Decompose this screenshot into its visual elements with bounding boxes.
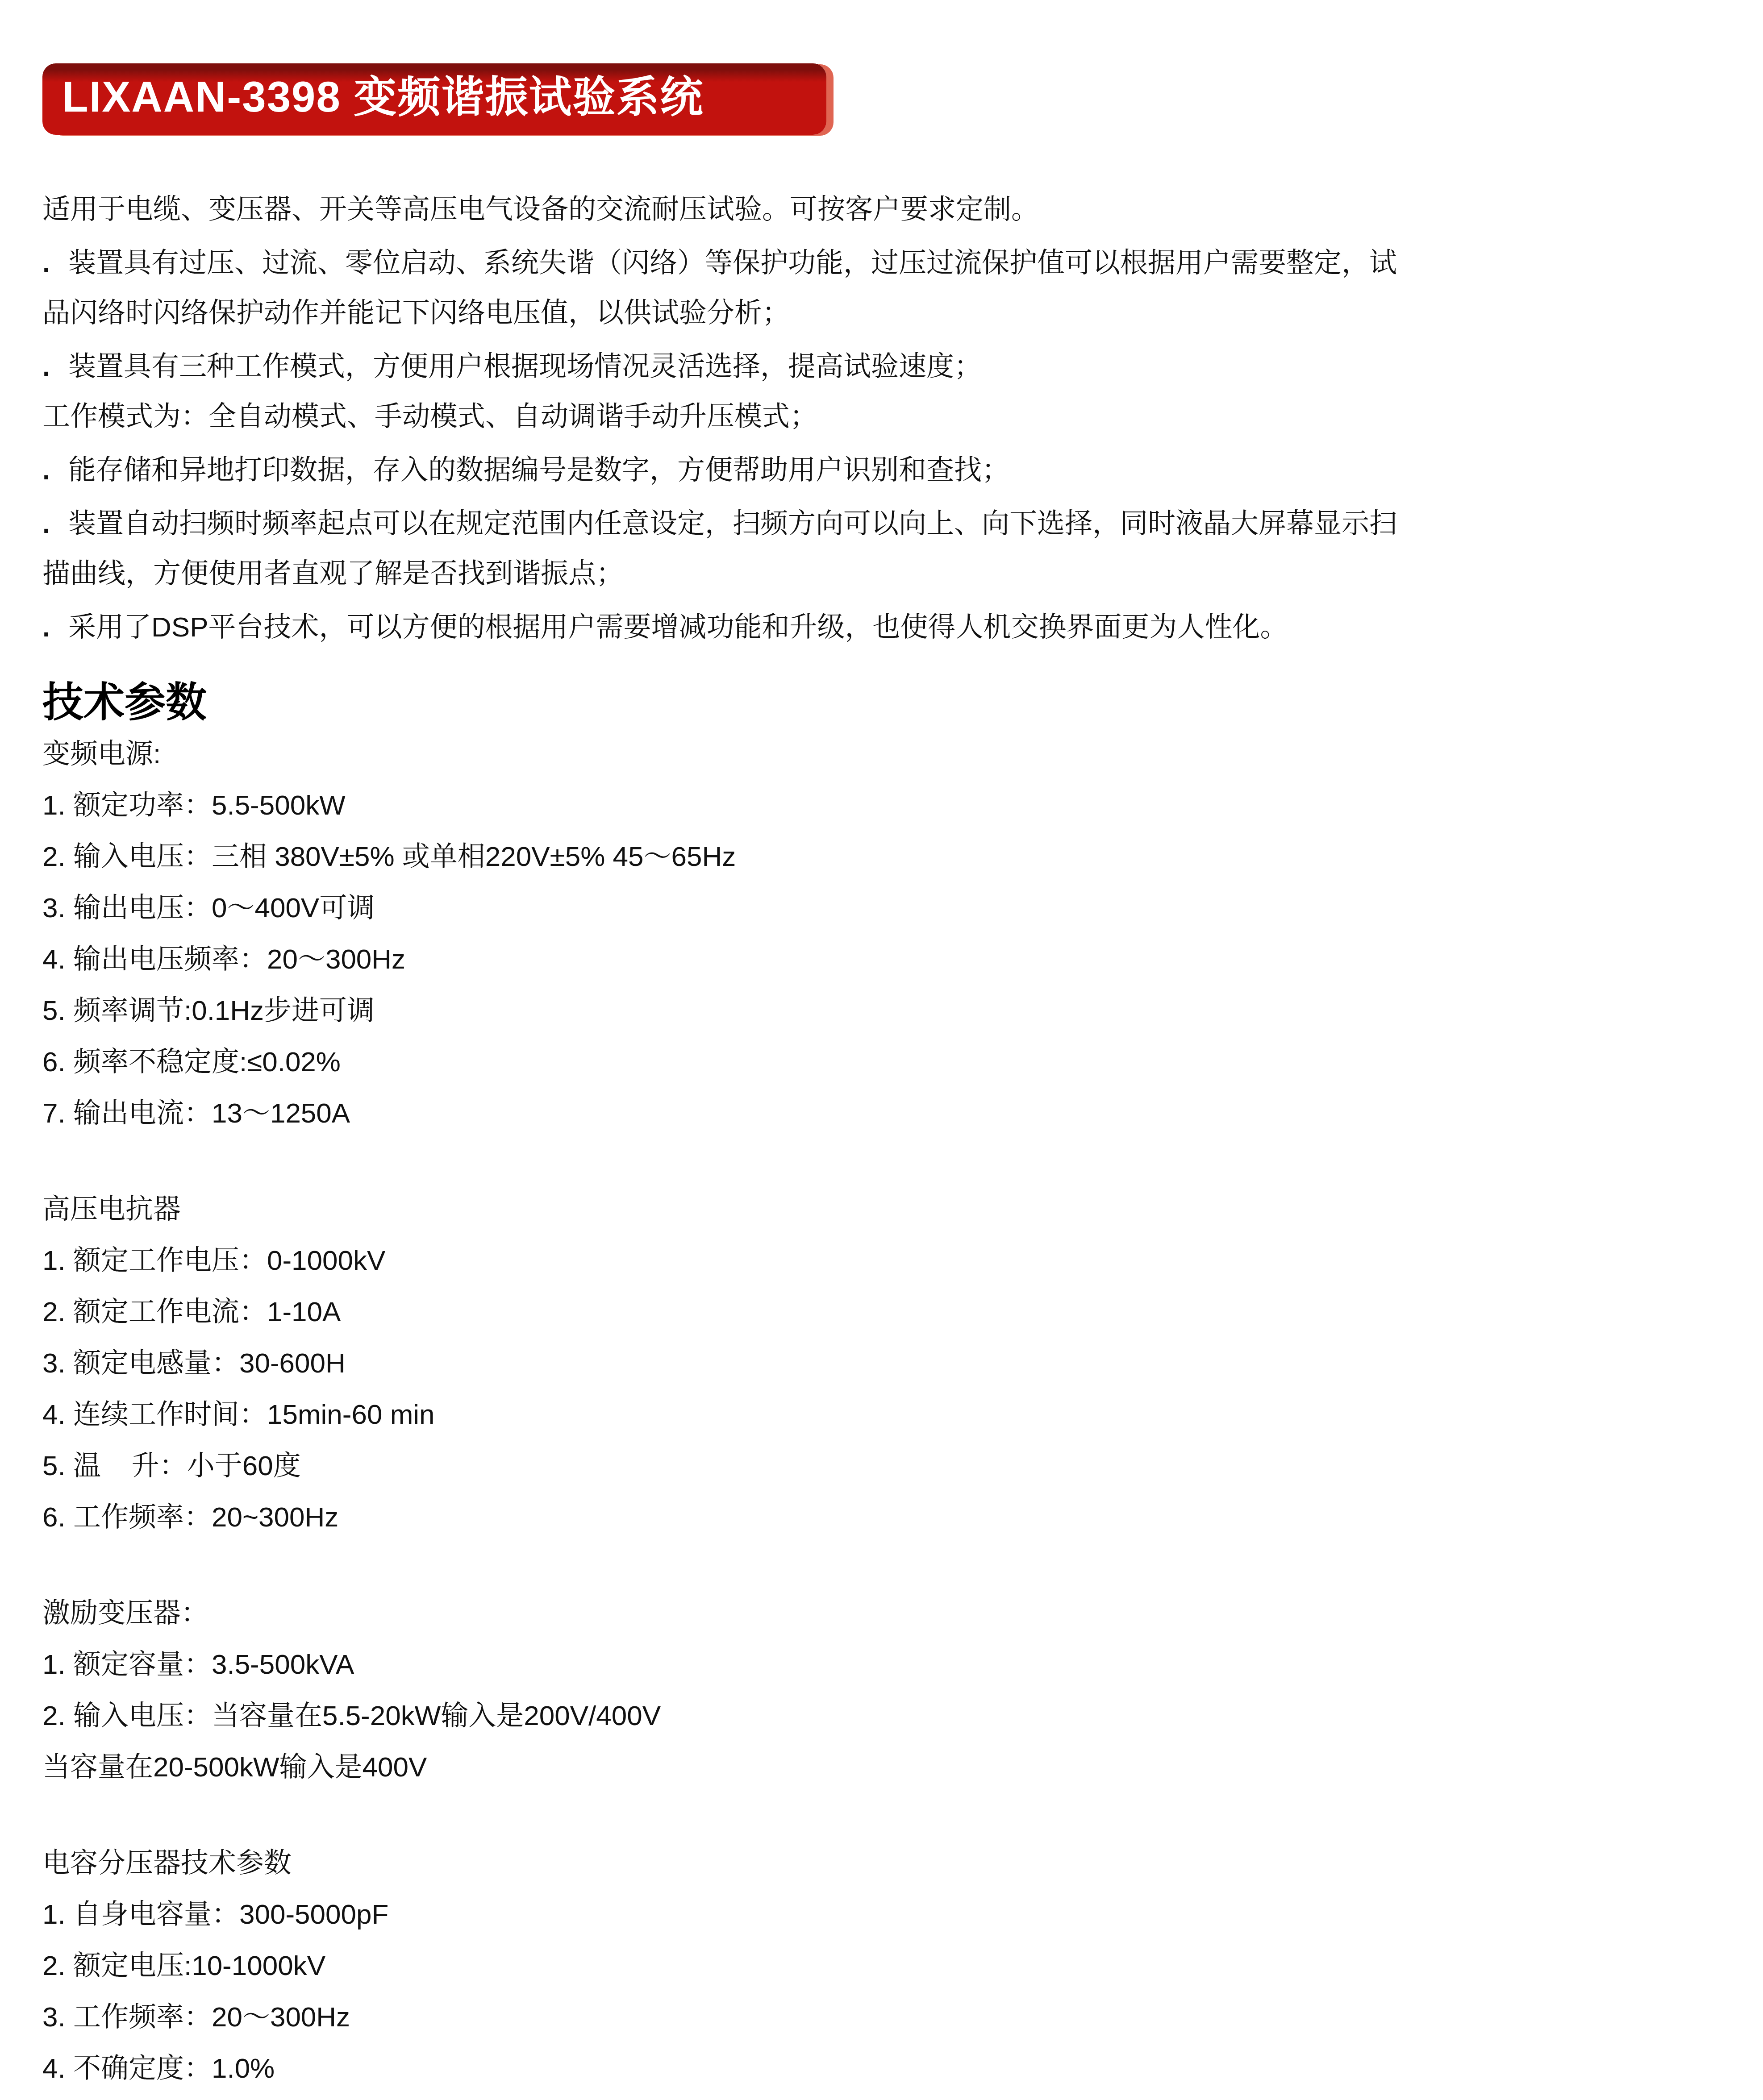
spec-item: 3. 额定电感量：30-600H <box>42 1338 1721 1389</box>
bullet-marker: . <box>42 603 68 653</box>
bullet-marker: . <box>42 238 68 288</box>
spec-item: 2. 额定工作电流：1-10A <box>42 1286 1721 1338</box>
spec-item: 4. 不确定度：1.0% <box>42 2043 1721 2094</box>
spec-item: 2. 输入电压：当容量在5.5-20kW输入是200V/400V <box>42 1690 1721 1742</box>
spec-section-title: 变频电源: <box>42 728 1721 780</box>
spec-item: 3. 工作频率：20～300Hz <box>42 1992 1721 2043</box>
feature-item: .采用了DSP平台技术，可以方便的根据用户需要增减功能和升级，也使得人机交换界面… <box>42 603 1721 653</box>
spec-item: 2. 输入电压：三相 380V±5% 或单相220V±5% 45～65Hz <box>42 831 1721 882</box>
intro-paragraph: 适用于电缆、变压器、开关等高压电气设备的交流耐压试验。可按客户要求定制。 <box>42 185 1721 235</box>
spec-section: 变频电源:1. 额定功率：5.5-500kW2. 输入电压：三相 380V±5%… <box>42 728 1721 1139</box>
product-title: LIXAAN-3398 变频谐振试验系统 <box>62 73 704 121</box>
spec-item: 1. 额定工作电压：0-1000kV <box>42 1235 1721 1286</box>
spec-item: 1. 额定功率：5.5-500kW <box>42 780 1721 831</box>
spec-sections: 变频电源:1. 额定功率：5.5-500kW2. 输入电压：三相 380V±5%… <box>42 728 1721 2094</box>
spec-item: 1. 额定容量：3.5-500kVA <box>42 1639 1721 1690</box>
feature-item: .装置具有过压、过流、零位启动、系统失谐（闪络）等保护功能，过压过流保护值可以根… <box>42 238 1721 338</box>
spec-section: 激励变压器：1. 额定容量：3.5-500kVA2. 输入电压：当容量在5.5-… <box>42 1588 1721 1793</box>
feature-item: .装置自动扫频时频率起点可以在规定范围内任意设定，扫频方向可以向上、向下选择，同… <box>42 499 1721 599</box>
feature-item: .能存储和异地打印数据，存入的数据编号是数字，方便帮助用户识别和查找； <box>42 445 1721 495</box>
spec-item: 4. 连续工作时间：15min-60 min <box>42 1389 1721 1440</box>
spec-section-title: 高压电抗器 <box>42 1184 1721 1235</box>
spec-item: 3. 输出电压：0～400V可调 <box>42 882 1721 934</box>
specs-heading: 技术参数 <box>42 677 1721 728</box>
document-content: LIXAAN-3398 变频谐振试验系统 适用于电缆、变压器、开关等高压电气设备… <box>0 0 1763 2094</box>
spec-item: 当容量在20-500kW输入是400V <box>42 1742 1721 1793</box>
spec-item: 7. 输出电流：13～1250A <box>42 1088 1721 1139</box>
spec-item: 5. 频率调节:0.1Hz步进可调 <box>42 985 1721 1036</box>
spec-item: 6. 频率不稳定度:≤0.02% <box>42 1036 1721 1088</box>
document-page: LIXAAN-3398 变频谐振试验系统 适用于电缆、变压器、开关等高压电气设备… <box>0 0 1763 2100</box>
feature-list: .装置具有过压、过流、零位启动、系统失谐（闪络）等保护功能，过压过流保护值可以根… <box>42 238 1721 653</box>
feature-text: 装置具有三种工作模式，方便用户根据现场情况灵活选择，提高试验速度； 工作模式为：… <box>42 351 982 432</box>
spec-section: 高压电抗器1. 额定工作电压：0-1000kV2. 额定工作电流：1-10A3.… <box>42 1184 1721 1543</box>
product-banner: LIXAAN-3398 变频谐振试验系统 <box>42 63 826 135</box>
feature-item: .装置具有三种工作模式，方便用户根据现场情况灵活选择，提高试验速度； 工作模式为… <box>42 342 1721 442</box>
feature-text: 能存储和异地打印数据，存入的数据编号是数字，方便帮助用户识别和查找； <box>68 455 1009 486</box>
feature-text: 装置自动扫频时频率起点可以在规定范围内任意设定，扫频方向可以向上、向下选择，同时… <box>42 508 1397 589</box>
spec-item: 6. 工作频率：20~300Hz <box>42 1492 1721 1543</box>
feature-text: 采用了DSP平台技术，可以方便的根据用户需要增减功能和升级，也使得人机交换界面更… <box>68 612 1288 643</box>
spec-item: 4. 输出电压频率：20～300Hz <box>42 934 1721 985</box>
spec-section: 电容分压器技术参数1. 自身电容量：300-5000pF2. 额定电压:10-1… <box>42 1838 1721 2094</box>
bullet-marker: . <box>42 445 68 495</box>
spec-item: 2. 额定电压:10-1000kV <box>42 1940 1721 1992</box>
spec-item: 1. 自身电容量：300-5000pF <box>42 1889 1721 1940</box>
bullet-marker: . <box>42 342 68 392</box>
spec-section-title: 电容分压器技术参数 <box>42 1838 1721 1889</box>
feature-text: 装置具有过压、过流、零位启动、系统失谐（闪络）等保护功能，过压过流保护值可以根据… <box>42 248 1397 329</box>
spec-section-title: 激励变压器： <box>42 1588 1721 1639</box>
spec-item: 5. 温 升：小于60度 <box>42 1440 1721 1492</box>
bullet-marker: . <box>42 499 68 549</box>
